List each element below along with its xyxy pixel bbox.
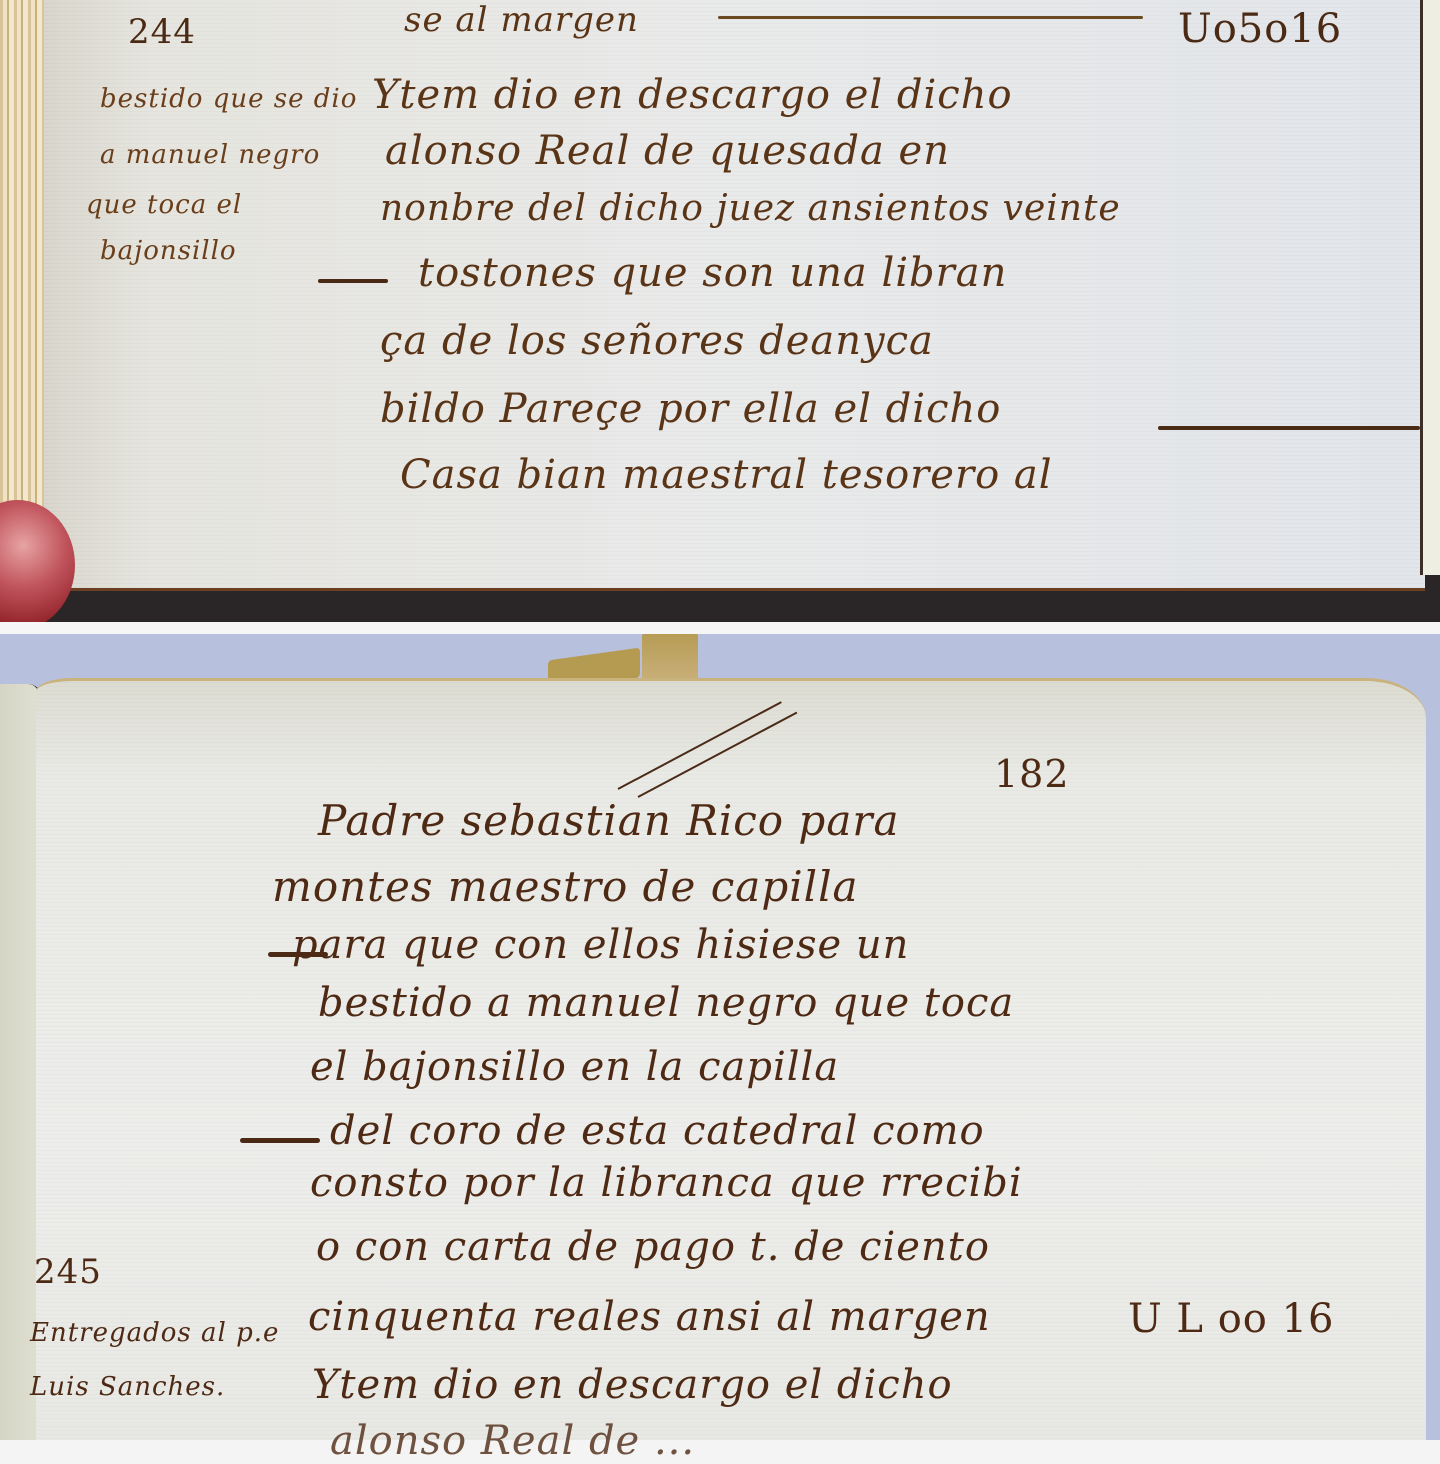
text-line: bildo Pareçe por ella el dicho xyxy=(380,386,1001,432)
text-line: o con carta de pago t. de ciento xyxy=(316,1224,990,1270)
margin-note-line: Entregados al p.e xyxy=(30,1318,279,1348)
text-line: ça de los señores deanyca xyxy=(380,318,934,364)
paper-tab-fragment xyxy=(642,634,698,682)
folio-number: 244 xyxy=(128,12,196,52)
ink-flourish xyxy=(240,1138,320,1143)
text-line: el bajonsillo en la capilla xyxy=(310,1044,839,1090)
ink-rule xyxy=(1158,426,1420,430)
margin-note-line: Luis Sanches. xyxy=(30,1372,225,1402)
text-line: tostones que son una libran xyxy=(418,250,1007,296)
text-line: Ytem dio en descargo el dicho xyxy=(372,72,1013,118)
text-line: Casa bian maestral tesorero al xyxy=(400,452,1053,498)
text-line: alonso Real de quesada en xyxy=(385,128,950,174)
photo-separator xyxy=(0,622,1440,634)
text-line: bestido a manuel negro que toca xyxy=(318,980,1014,1026)
amount-figure: U L oo 16 xyxy=(1128,1296,1334,1342)
ink-flourish xyxy=(318,279,388,283)
folio-number: 245 xyxy=(34,1252,102,1292)
amount-figure: Uo5o16 xyxy=(1178,6,1342,52)
text-line: nonbre del dicho juez ansientos veinte xyxy=(380,188,1121,229)
page-number: 182 xyxy=(994,752,1070,796)
text-line: del coro de esta catedral como xyxy=(330,1108,985,1154)
text-line: Padre sebastian Rico para xyxy=(318,796,899,845)
text-line: se al margen xyxy=(404,0,639,40)
text-line: alonso Real de ... xyxy=(330,1418,695,1440)
text-line: Ytem dio en descargo el dicho xyxy=(312,1362,953,1408)
text-line: para que con ellos hisiese un xyxy=(292,922,909,968)
margin-note-line: bajonsillo xyxy=(100,236,237,266)
book-spine-edge xyxy=(0,0,44,510)
margin-note-line: que toca el xyxy=(86,190,242,220)
margin-note-line: bestido que se dio xyxy=(100,84,357,114)
facing-page-edge xyxy=(1420,0,1440,575)
text-line: consto por la libranca que rrecibi xyxy=(310,1160,1023,1206)
top-manuscript-photo: 244 Uo5o16 bestido que se dio a manuel n… xyxy=(0,0,1440,622)
text-line: cinquenta reales ansi al margen xyxy=(308,1294,991,1340)
margin-note-line: a manuel negro xyxy=(100,140,320,170)
ink-rule xyxy=(718,16,1143,19)
text-line: montes maestro de capilla xyxy=(272,862,859,911)
